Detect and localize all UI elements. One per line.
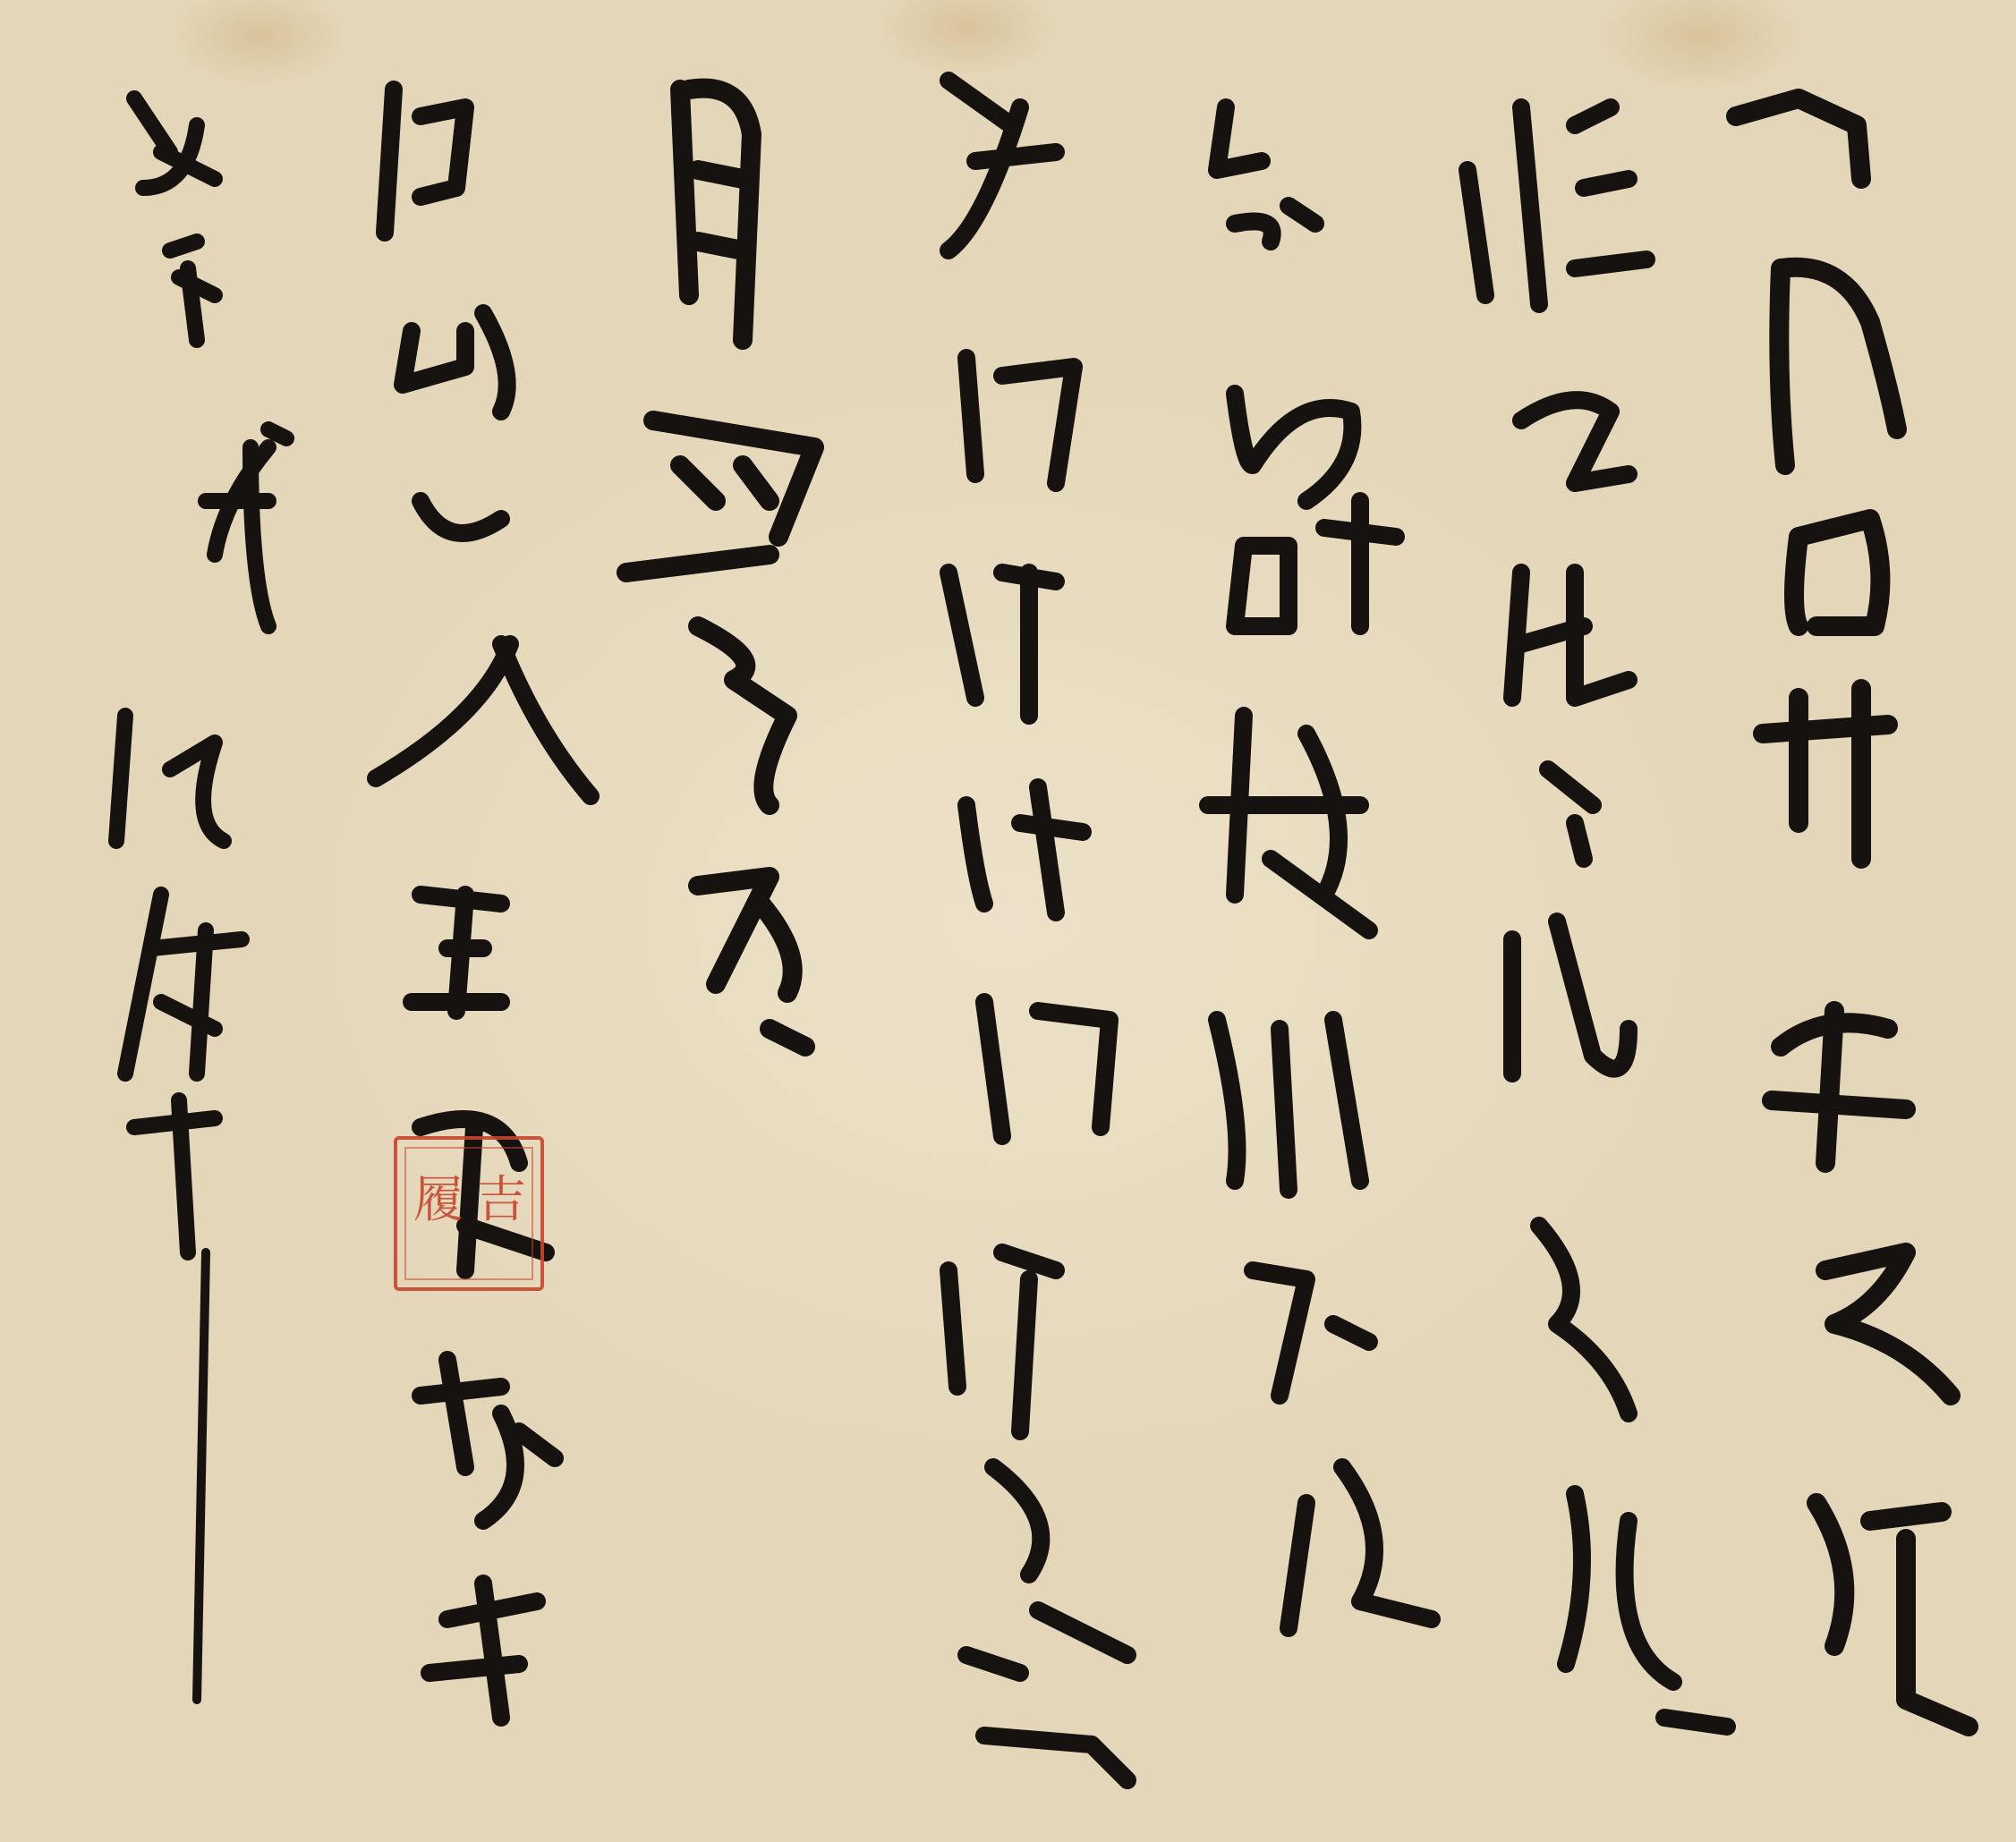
red-seal-stamp: 履 吉 (394, 1136, 544, 1291)
seal-glyph-left: 履 (413, 1176, 464, 1226)
calligraphy-paper: 履 吉 飞风雨世秋意难 惟是比出拟缘后 今何时频渐难之趣 前谋汀法满惟余果 月照… (0, 0, 2016, 1842)
calligraphy-strokes (0, 0, 2016, 1842)
seal-glyph-right: 吉 (476, 1176, 526, 1226)
